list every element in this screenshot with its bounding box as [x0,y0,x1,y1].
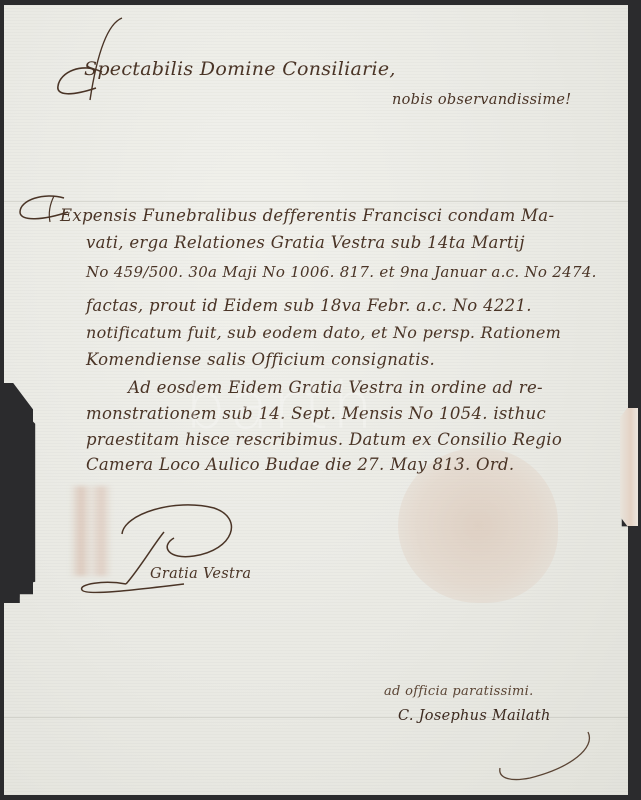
paragraph-1-line-2: vati, erga Relationes Gratia Vestra sub … [86,233,525,252]
paper-fold-tab [620,408,638,526]
closing-text: Gratia Vestra [150,566,251,582]
paragraph-1-line-3: No 459/500. 30a Maji No 1006. 817. et 9n… [86,263,597,281]
salutation-line-2: nobis observandissime! [392,92,571,108]
signature-flourish-icon [490,728,600,788]
signature: C. Josephus Mailath [398,708,551,724]
salutation-line-1: Spectabilis Domine Consiliarie, [84,58,396,80]
paragraph-1-line-6: Komendiense salis Officium consignatis. [86,350,435,369]
paragraph-1-line-5: notificatum fuit, sub eodem dato, et No … [86,323,561,342]
initial-g-flourish-icon [74,494,254,604]
watermark: barth [185,370,377,444]
paragraph-2-line-4: Camera Loco Aulico Budae die 27. May 813… [86,455,514,474]
paper-edge-cutout [0,383,33,603]
fold-crease [4,201,628,202]
paragraph-1-line-1: Expensis Funebralibus defferentis Franci… [60,206,554,225]
subscription-line: ad officia paratissimi. [384,684,534,699]
paragraph-1-line-4: factas, prout id Eidem sub 18va Febr. a.… [86,296,532,315]
